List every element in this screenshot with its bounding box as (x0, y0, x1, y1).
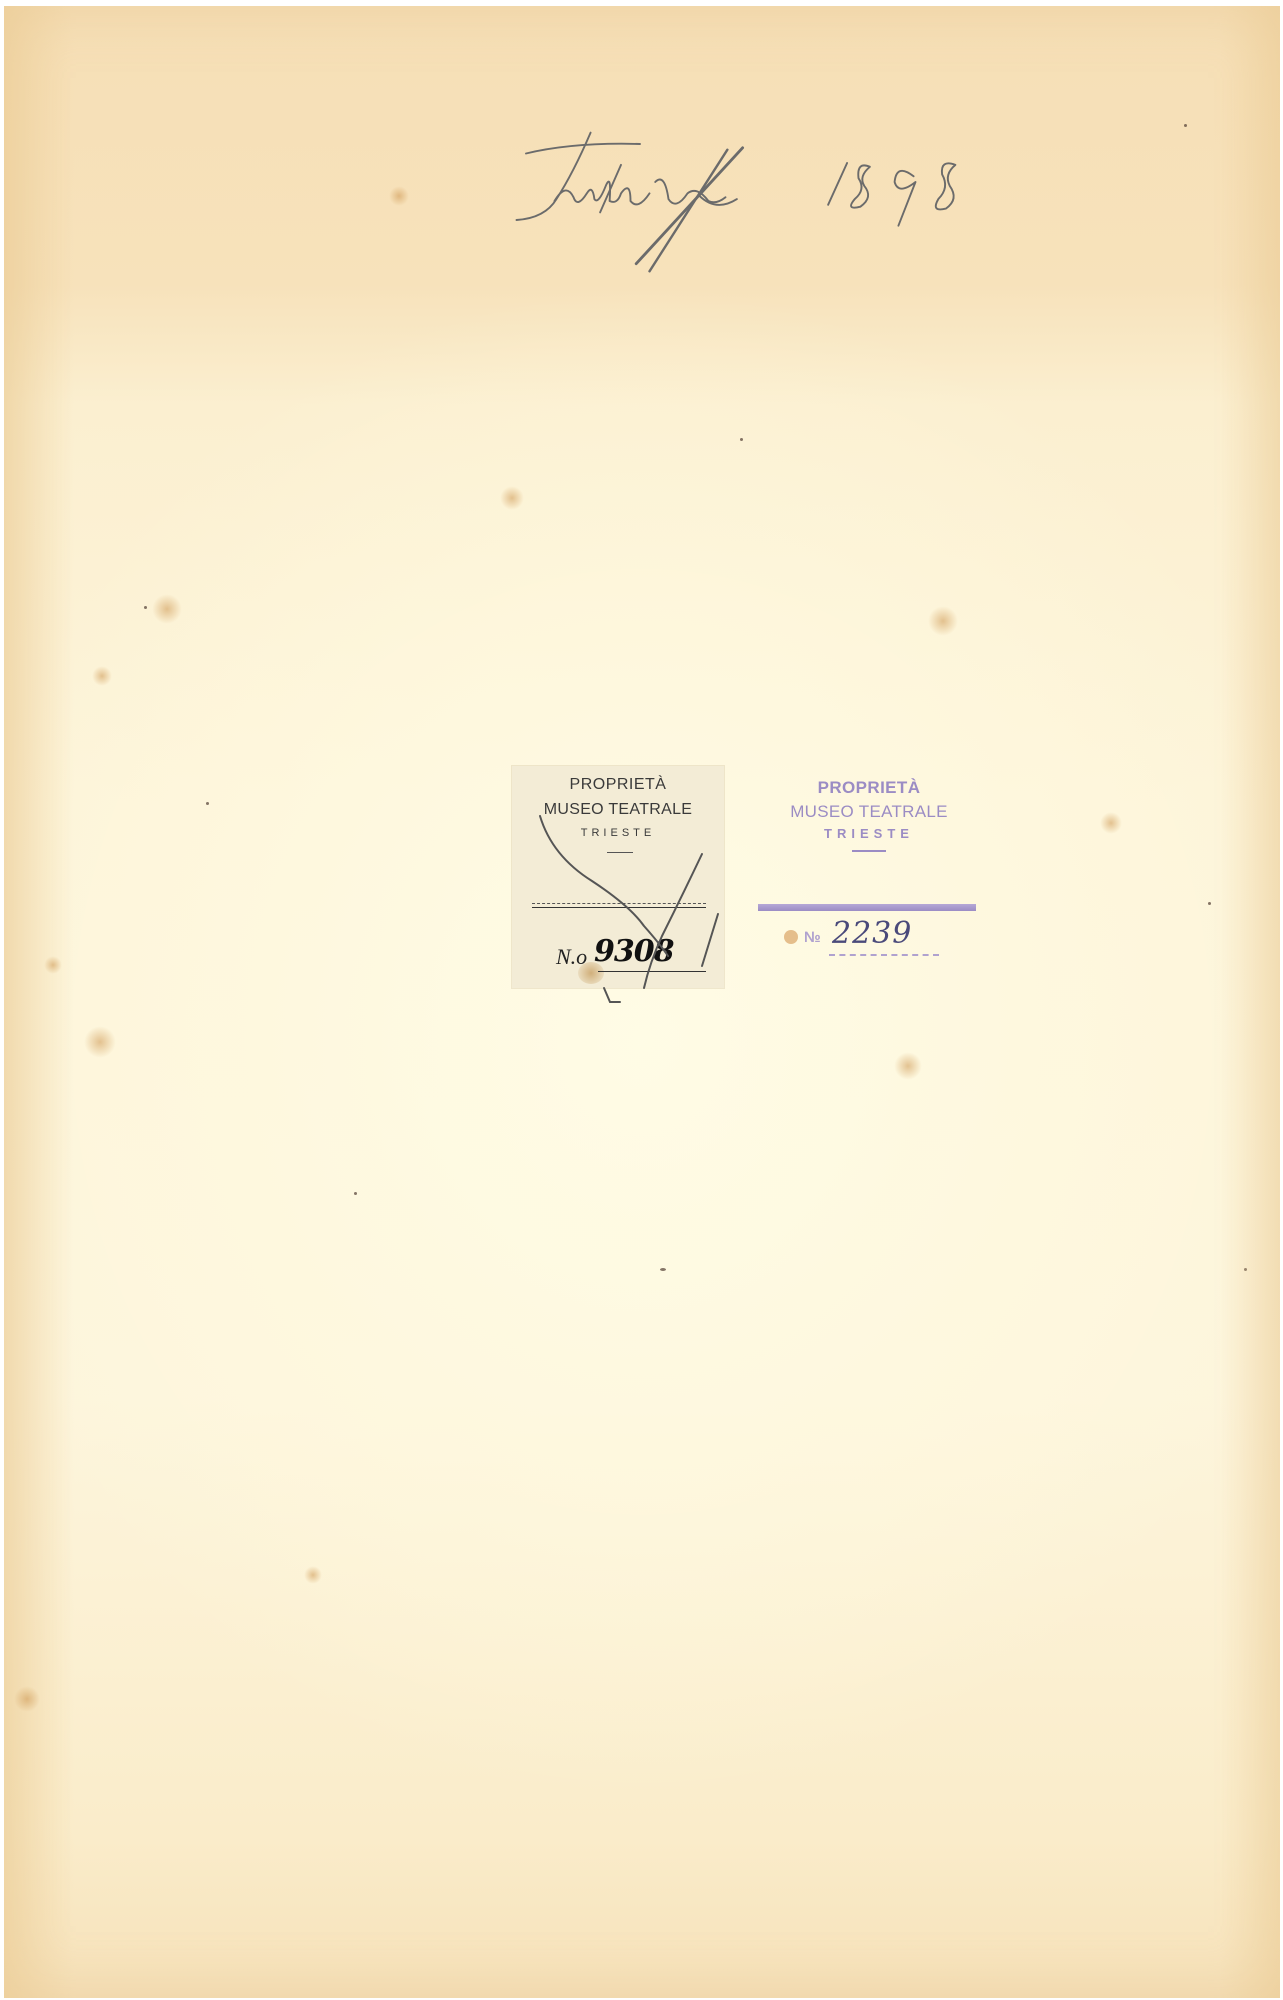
foxing-spot (84, 1026, 116, 1058)
stamp-line-city: TRIESTE (754, 826, 984, 841)
foxing-spot (152, 594, 182, 624)
foxing-spot (894, 1052, 922, 1080)
speck (740, 438, 743, 441)
handwritten-inscription: Fürstkopf 1898 (474, 106, 1034, 296)
speck (660, 1268, 666, 1271)
foxing-spot (389, 186, 409, 206)
pencil-script (474, 106, 1034, 296)
foxing-spot (304, 1566, 322, 1584)
stamp-bar (758, 904, 976, 911)
foxing-spot (14, 1686, 40, 1712)
stamp-line-proprieta: PROPRIETÀ (754, 778, 984, 798)
card-back: Fürstkopf 1898 (4, 6, 1280, 1998)
stamp-divider (852, 850, 886, 852)
stamp-number-prefix: № (804, 929, 821, 946)
stamp-line-museum: MUSEO TEATRALE (754, 802, 984, 822)
cross-out-mark (512, 766, 724, 1006)
speck (206, 802, 209, 805)
speck (354, 1192, 357, 1195)
speck (1244, 1268, 1247, 1271)
stamp-number-rule (829, 954, 939, 956)
foxing-spot (44, 956, 62, 974)
museum-label-stamp: PROPRIETÀ MUSEO TEATRALE TRIESTE N.o 930… (512, 766, 724, 988)
museum-ink-stamp: PROPRIETÀ MUSEO TEATRALE TRIESTE № 2239 (754, 766, 984, 966)
speck (144, 606, 147, 609)
stamp-inventory-number: 2239 (832, 916, 912, 951)
foxing-spot (1100, 812, 1122, 834)
foxing-spot (928, 606, 958, 636)
foxing-spot (92, 666, 112, 686)
foxing-spot (500, 486, 524, 510)
stain (784, 930, 798, 944)
speck (1208, 902, 1211, 905)
speck (1184, 124, 1187, 127)
